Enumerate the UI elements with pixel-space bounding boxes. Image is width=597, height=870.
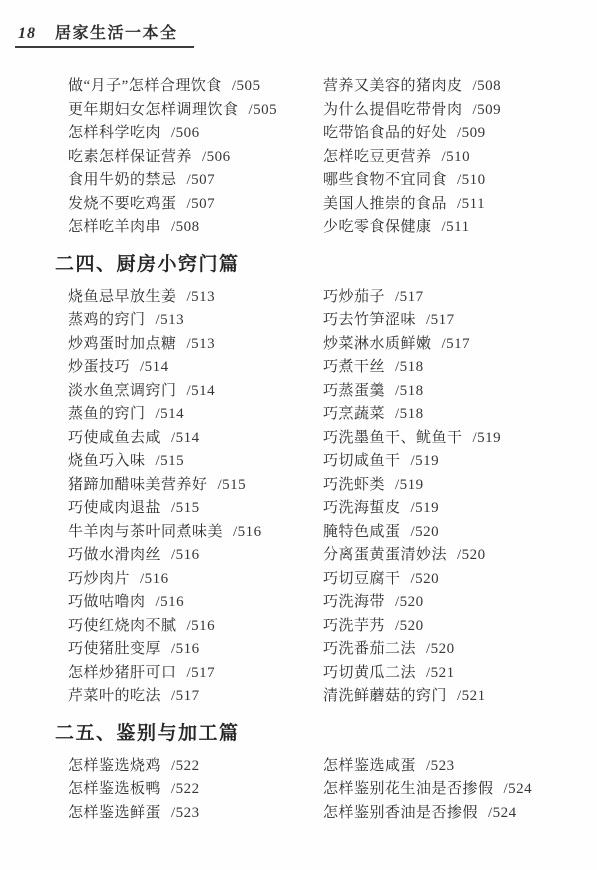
toc-entry: 炒菜淋水质鲜嫩/517 [323, 333, 591, 357]
toc-entry-page: /520 [411, 524, 440, 540]
toc-grid-identification: 怎样鉴选烧鸡/522 怎样鉴选板鸭/522 怎样鉴选鲜蛋/523 怎样鉴选咸蛋/… [68, 755, 591, 826]
toc-entry-page: /507 [187, 172, 216, 188]
toc-entry-page: /519 [411, 500, 440, 516]
toc-entry-page: /516 [140, 571, 169, 587]
toc-entry-page: /513 [156, 312, 185, 328]
toc-entry: 巧蒸蛋羹/518 [323, 380, 591, 404]
toc-entry: 巧烹蔬菜/518 [323, 403, 591, 427]
toc-entry: 美国人推崇的食品/511 [323, 193, 591, 217]
toc-entry-page: /522 [171, 781, 200, 797]
toc-entry: 怎样鉴别花生油是否掺假/524 [323, 778, 591, 802]
toc-entry: 巧洗墨鱼干、鱿鱼干/519 [323, 427, 591, 451]
toc-column-right: 巧炒茄子/517 巧去竹笋涩味/517 炒菜淋水质鲜嫩/517 巧煮干丝/518 [323, 286, 591, 709]
toc-entry-title: 少吃零食保健康 [323, 219, 432, 235]
toc-entry: 做“月子”怎样合理饮食/505 [68, 75, 323, 99]
toc-entry-page: /517 [426, 312, 455, 328]
toc-entry-title: 巧做咕噜肉 [68, 594, 146, 610]
toc-entry-page: /510 [442, 149, 471, 165]
toc-entry-page: /513 [187, 336, 216, 352]
toc-entry-title: 怎样鉴选鲜蛋 [68, 805, 161, 821]
toc-entry: 巧炒肉片/516 [68, 568, 323, 592]
toc-entry-title: 巧洗芋艿 [323, 618, 385, 634]
toc-entry-title: 为什么提倡吃带骨肉 [323, 102, 463, 118]
toc-entry: 吃素怎样保证营养/506 [68, 146, 323, 170]
toc-entry: 食用牛奶的禁忌/507 [68, 169, 323, 193]
toc-entry: 牛羊肉与茶叶同煮味美/516 [68, 521, 323, 545]
toc-entry-page: /510 [457, 172, 486, 188]
toc-entry: 怎样鉴别香油是否掺假/524 [323, 802, 591, 826]
toc-entry: 巧使咸鱼去咸/514 [68, 427, 323, 451]
toc-entry-title: 分离蛋黄蛋清妙法 [323, 547, 447, 563]
toc-entry-page: /515 [171, 500, 200, 516]
toc-entry-page: /519 [395, 477, 424, 493]
toc-entry-page: /516 [233, 524, 262, 540]
toc-entry: 巧使红烧肉不腻/516 [68, 615, 323, 639]
toc-entry-page: /516 [187, 618, 216, 634]
toc-entry: 发烧不要吃鸡蛋/507 [68, 193, 323, 217]
toc-entry: 烧鱼巧入味/515 [68, 450, 323, 474]
toc-entry-title: 芹菜叶的吃法 [68, 688, 161, 704]
toc-entry: 蒸鸡的窍门/513 [68, 309, 323, 333]
toc-entry: 少吃零食保健康/511 [323, 216, 591, 240]
toc-entry: 猪蹄加醋味美营养好/515 [68, 474, 323, 498]
toc-entry-title: 吃带馅食品的好处 [323, 125, 447, 141]
toc-entry-page: /522 [171, 758, 200, 774]
toc-entry-title: 美国人推崇的食品 [323, 196, 447, 212]
toc-entry-title: 怎样鉴别香油是否掺假 [323, 805, 478, 821]
toc-entry: 巧做咕噜肉/516 [68, 591, 323, 615]
toc-entry-page: /518 [395, 383, 424, 399]
toc-entry-title: 巧使咸鱼去咸 [68, 430, 161, 446]
toc-entry-title: 巧使猪肚变厚 [68, 641, 161, 657]
toc-entry: 巧切黄瓜二法/521 [323, 662, 591, 686]
toc-entry-title: 炒菜淋水质鲜嫩 [323, 336, 432, 352]
toc-entry-page: /511 [457, 196, 485, 212]
toc-entry-title: 做“月子”怎样合理饮食 [68, 78, 222, 94]
toc-entry-page: /518 [395, 359, 424, 375]
toc-entry-title: 巧洗海蜇皮 [323, 500, 401, 516]
toc-column-left: 烧鱼忌早放生姜/513 蒸鸡的窍门/513 炒鸡蛋时加点糖/513 炒蛋技巧/5… [68, 286, 323, 709]
toc-entry: 营养又美容的猪肉皮/508 [323, 75, 591, 99]
toc-entry-title: 腌特色咸蛋 [323, 524, 401, 540]
toc-entry-title: 巧蒸蛋羹 [323, 383, 385, 399]
toc-entry-title: 巧洗海带 [323, 594, 385, 610]
toc-grid-kitchen-tips: 烧鱼忌早放生姜/513 蒸鸡的窍门/513 炒鸡蛋时加点糖/513 炒蛋技巧/5… [68, 286, 591, 709]
toc-entry-page: /520 [395, 594, 424, 610]
toc-entry-page: /509 [457, 125, 486, 141]
toc-entry-title: 发烧不要吃鸡蛋 [68, 196, 177, 212]
toc-entry-page: /520 [457, 547, 486, 563]
section-heading-kitchen-tips: 二四、厨房小窍门篇 [55, 252, 597, 278]
toc-entry-page: /515 [156, 453, 185, 469]
toc-entry: 淡水鱼烹调窍门/514 [68, 380, 323, 404]
toc-entry-title: 巧使红烧肉不腻 [68, 618, 177, 634]
toc-entry-page: /509 [473, 102, 502, 118]
toc-entry: 怎样鉴选咸蛋/523 [323, 755, 591, 779]
toc-entry-title: 吃素怎样保证营养 [68, 149, 192, 165]
toc-entry: 蒸鱼的窍门/514 [68, 403, 323, 427]
toc-entry: 怎样鉴选板鸭/522 [68, 778, 323, 802]
toc-entry-title: 更年期妇女怎样调理饮食 [68, 102, 239, 118]
toc-column-right: 怎样鉴选咸蛋/523 怎样鉴别花生油是否掺假/524 怎样鉴别香油是否掺假/52… [323, 755, 591, 826]
toc-entry-title: 猪蹄加醋味美营养好 [68, 477, 208, 493]
toc-entry-title: 巧切豆腐干 [323, 571, 401, 587]
toc-entry-title: 食用牛奶的禁忌 [68, 172, 177, 188]
toc-entry: 怎样科学吃肉/506 [68, 122, 323, 146]
toc-entry: 巧洗海蜇皮/519 [323, 497, 591, 521]
toc-entry-page: /506 [171, 125, 200, 141]
toc-entry-page: /508 [473, 78, 502, 94]
toc-entry: 芹菜叶的吃法/517 [68, 685, 323, 709]
toc-entry-title: 巧切咸鱼干 [323, 453, 401, 469]
toc-entry: 炒鸡蛋时加点糖/513 [68, 333, 323, 357]
toc-entry-page: /514 [171, 430, 200, 446]
toc-entry: 为什么提倡吃带骨肉/509 [323, 99, 591, 123]
toc-entry-page: /505 [249, 102, 278, 118]
toc-entry-page: /519 [473, 430, 502, 446]
toc-entry-page: /514 [140, 359, 169, 375]
toc-entry-page: /508 [171, 219, 200, 235]
section-heading-identification: 二五、鉴别与加工篇 [55, 721, 597, 747]
toc-entry-page: /517 [395, 289, 424, 305]
toc-entry-title: 怎样科学吃肉 [68, 125, 161, 141]
toc-entry-page: /520 [426, 641, 455, 657]
toc-entry-page: /519 [411, 453, 440, 469]
toc-entry-page: /514 [187, 383, 216, 399]
toc-entry-title: 烧鱼忌早放生姜 [68, 289, 177, 305]
toc-entry-page: /506 [202, 149, 231, 165]
toc-entry: 怎样鉴选鲜蛋/523 [68, 802, 323, 826]
running-header-line: 18居家生活一本全 [0, 0, 597, 48]
toc-entry-title: 巧洗番茄二法 [323, 641, 416, 657]
toc-entry-title: 炒鸡蛋时加点糖 [68, 336, 177, 352]
toc-entry-page: /514 [156, 406, 185, 422]
toc-entry-page: /517 [171, 688, 200, 704]
toc-entry: 哪些食物不宜同食/510 [323, 169, 591, 193]
toc-entry-title: 炒蛋技巧 [68, 359, 130, 375]
toc-entry-title: 蒸鸡的窍门 [68, 312, 146, 328]
toc-entry: 巧去竹笋涩味/517 [323, 309, 591, 333]
toc-entry: 巧洗芋艿/520 [323, 615, 591, 639]
toc-entry-title: 巧去竹笋涩味 [323, 312, 416, 328]
toc-entry: 巧切咸鱼干/519 [323, 450, 591, 474]
toc-entry-title: 哪些食物不宜同食 [323, 172, 447, 188]
toc-entry-title: 营养又美容的猪肉皮 [323, 78, 463, 94]
toc-entry-title: 巧切黄瓜二法 [323, 665, 416, 681]
toc-entry: 巧煮干丝/518 [323, 356, 591, 380]
toc-entry: 分离蛋黄蛋清妙法/520 [323, 544, 591, 568]
toc-entry: 巧炒茄子/517 [323, 286, 591, 310]
toc-entry-title: 怎样鉴选板鸭 [68, 781, 161, 797]
toc-entry-page: /520 [411, 571, 440, 587]
toc-entry: 巧切豆腐干/520 [323, 568, 591, 592]
toc-entry-page: /523 [426, 758, 455, 774]
toc-section-diet: 做“月子”怎样合理饮食/505 更年期妇女怎样调理饮食/505 怎样科学吃肉/5… [0, 75, 597, 240]
toc-entry: 巧使猪肚变厚/516 [68, 638, 323, 662]
toc-entry-page: /520 [395, 618, 424, 634]
toc-entry: 巧使咸肉退盐/515 [68, 497, 323, 521]
toc-section-identification: 二五、鉴别与加工篇 怎样鉴选烧鸡/522 怎样鉴选板鸭/522 怎样鉴选鲜蛋/5… [0, 721, 597, 826]
toc-column-right: 营养又美容的猪肉皮/508 为什么提倡吃带骨肉/509 吃带馅食品的好处/509… [323, 75, 591, 240]
toc-entry-page: /507 [187, 196, 216, 212]
toc-entry-title: 蒸鱼的窍门 [68, 406, 146, 422]
toc-entry: 吃带馅食品的好处/509 [323, 122, 591, 146]
toc-entry: 腌特色咸蛋/520 [323, 521, 591, 545]
toc-grid-diet: 做“月子”怎样合理饮食/505 更年期妇女怎样调理饮食/505 怎样科学吃肉/5… [68, 75, 591, 240]
toc-column-left: 做“月子”怎样合理饮食/505 更年期妇女怎样调理饮食/505 怎样科学吃肉/5… [68, 75, 323, 240]
toc-entry-page: /518 [395, 406, 424, 422]
toc-entry-title: 巧煮干丝 [323, 359, 385, 375]
toc-entry-page: /524 [504, 781, 533, 797]
toc-entry-title: 怎样鉴选咸蛋 [323, 758, 416, 774]
toc-entry-page: /517 [187, 665, 216, 681]
toc-entry-page: /524 [488, 805, 517, 821]
toc-entry-title: 怎样吃豆更营养 [323, 149, 432, 165]
toc-entry: 巧洗海带/520 [323, 591, 591, 615]
toc-entry-page: /517 [442, 336, 471, 352]
toc-entry-title: 烧鱼巧入味 [68, 453, 146, 469]
toc-entry-title: 怎样炒猪肝可口 [68, 665, 177, 681]
toc-entry: 怎样鉴选烧鸡/522 [68, 755, 323, 779]
toc-entry-title: 怎样鉴别花生油是否掺假 [323, 781, 494, 797]
toc-entry-title: 清洗鲜蘑菇的窍门 [323, 688, 447, 704]
toc-entry-page: /516 [171, 547, 200, 563]
toc-entry-page: /521 [457, 688, 486, 704]
toc-entry-title: 淡水鱼烹调窍门 [68, 383, 177, 399]
toc-entry: 怎样吃豆更营养/510 [323, 146, 591, 170]
toc-entry-title: 巧洗虾类 [323, 477, 385, 493]
toc-entry: 巧洗番茄二法/520 [323, 638, 591, 662]
toc-entry-title: 巧炒茄子 [323, 289, 385, 305]
toc-entry-title: 巧炒肉片 [68, 571, 130, 587]
toc-entry-page: /511 [442, 219, 470, 235]
toc-entry-page: /523 [171, 805, 200, 821]
toc-entry-title: 巧使咸肉退盐 [68, 500, 161, 516]
toc-entry: 怎样吃羊肉串/508 [68, 216, 323, 240]
toc-entry-page: /513 [187, 289, 216, 305]
toc-entry: 巧洗虾类/519 [323, 474, 591, 498]
toc-entry: 怎样炒猪肝可口/517 [68, 662, 323, 686]
toc-entry-page: /516 [156, 594, 185, 610]
toc-entry-title: 怎样吃羊肉串 [68, 219, 161, 235]
toc-section-kitchen-tips: 二四、厨房小窍门篇 烧鱼忌早放生姜/513 蒸鸡的窍门/513 炒鸡蛋时加点糖/… [0, 252, 597, 709]
toc-entry-title: 巧烹蔬菜 [323, 406, 385, 422]
book-title: 居家生活一本全 [55, 25, 178, 42]
toc-entry: 巧做水滑肉丝/516 [68, 544, 323, 568]
toc-entry-page: /521 [426, 665, 455, 681]
toc-entry-page: /505 [232, 78, 261, 94]
toc-entry: 更年期妇女怎样调理饮食/505 [68, 99, 323, 123]
toc-entry-title: 怎样鉴选烧鸡 [68, 758, 161, 774]
toc-column-left: 怎样鉴选烧鸡/522 怎样鉴选板鸭/522 怎样鉴选鲜蛋/523 [68, 755, 323, 826]
toc-entry-page: /516 [171, 641, 200, 657]
page-number: 18 [18, 25, 36, 42]
toc-entry: 烧鱼忌早放生姜/513 [68, 286, 323, 310]
toc-entry: 清洗鲜蘑菇的窍门/521 [323, 685, 591, 709]
toc-entry: 炒蛋技巧/514 [68, 356, 323, 380]
toc-entry-title: 牛羊肉与茶叶同煮味美 [68, 524, 223, 540]
toc-entry-page: /515 [218, 477, 247, 493]
running-header: 18居家生活一本全 [15, 22, 194, 48]
toc-entry-title: 巧做水滑肉丝 [68, 547, 161, 563]
book-page: 18居家生活一本全 做“月子”怎样合理饮食/505 更年期妇女怎样调理饮食/50… [0, 0, 597, 870]
toc-entry-title: 巧洗墨鱼干、鱿鱼干 [323, 430, 463, 446]
